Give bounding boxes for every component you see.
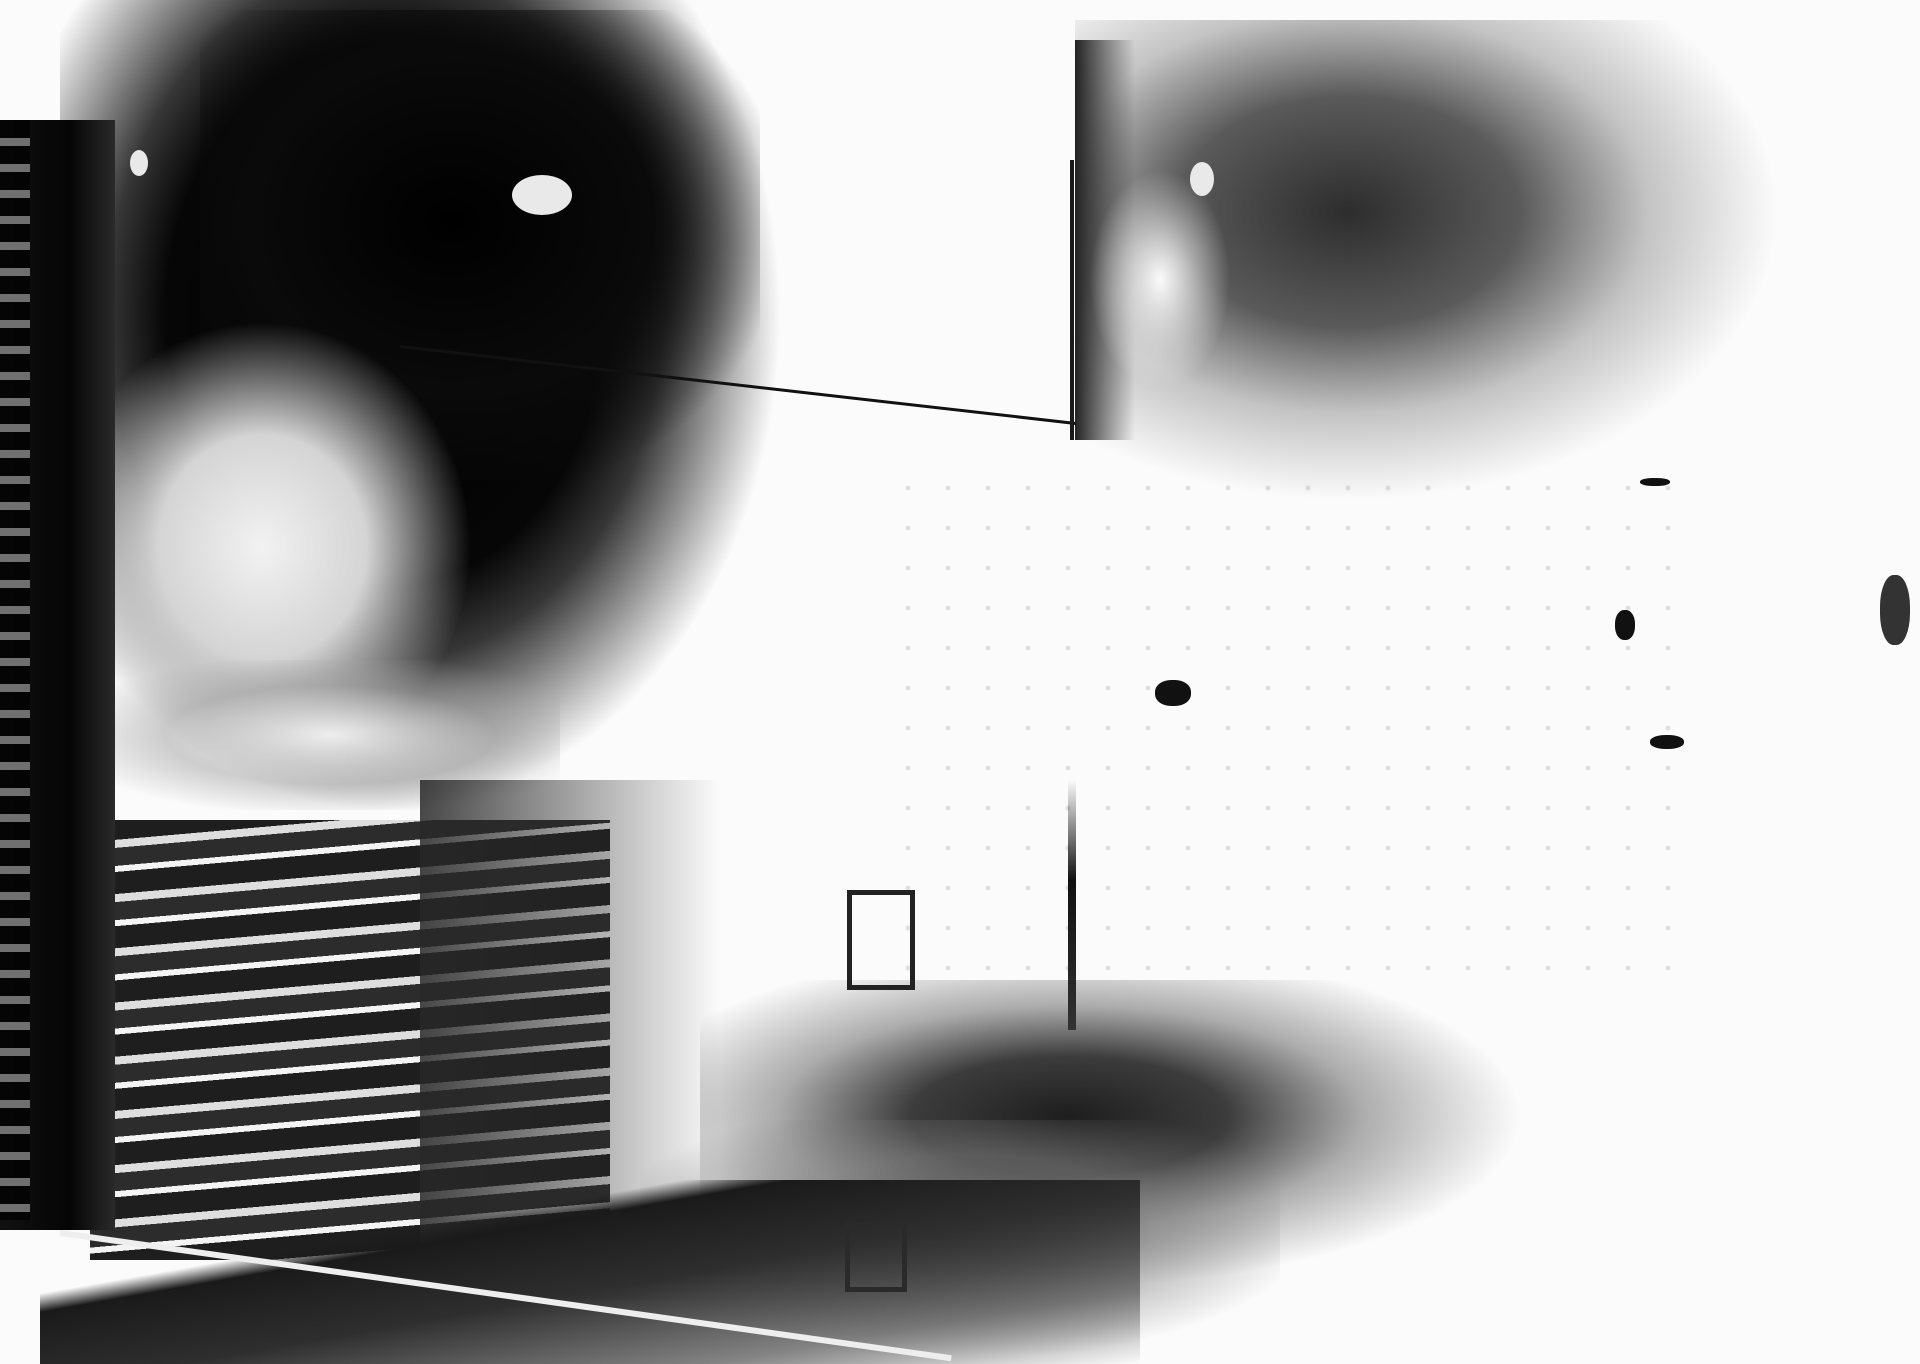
light-drop	[1190, 162, 1214, 196]
abstract-photograph	[0, 0, 1920, 1364]
dark-spot	[1880, 575, 1910, 645]
vertical-line-lower	[1068, 780, 1076, 1030]
dark-spot	[1155, 680, 1191, 706]
dark-spot	[1650, 735, 1684, 749]
light-drop	[512, 175, 572, 215]
vertical-line-upper	[1070, 160, 1074, 440]
light-drop	[130, 150, 148, 176]
drip-edge-left	[0, 120, 30, 1220]
dark-band-bottom	[40, 1180, 1140, 1364]
small-frame-mark	[847, 890, 915, 990]
dark-spot	[1640, 478, 1670, 486]
dark-spot	[1615, 610, 1635, 640]
speckle-texture	[900, 480, 1700, 980]
small-frame-mark-lower	[845, 1222, 907, 1292]
white-notch-top-right	[1090, 170, 1230, 390]
